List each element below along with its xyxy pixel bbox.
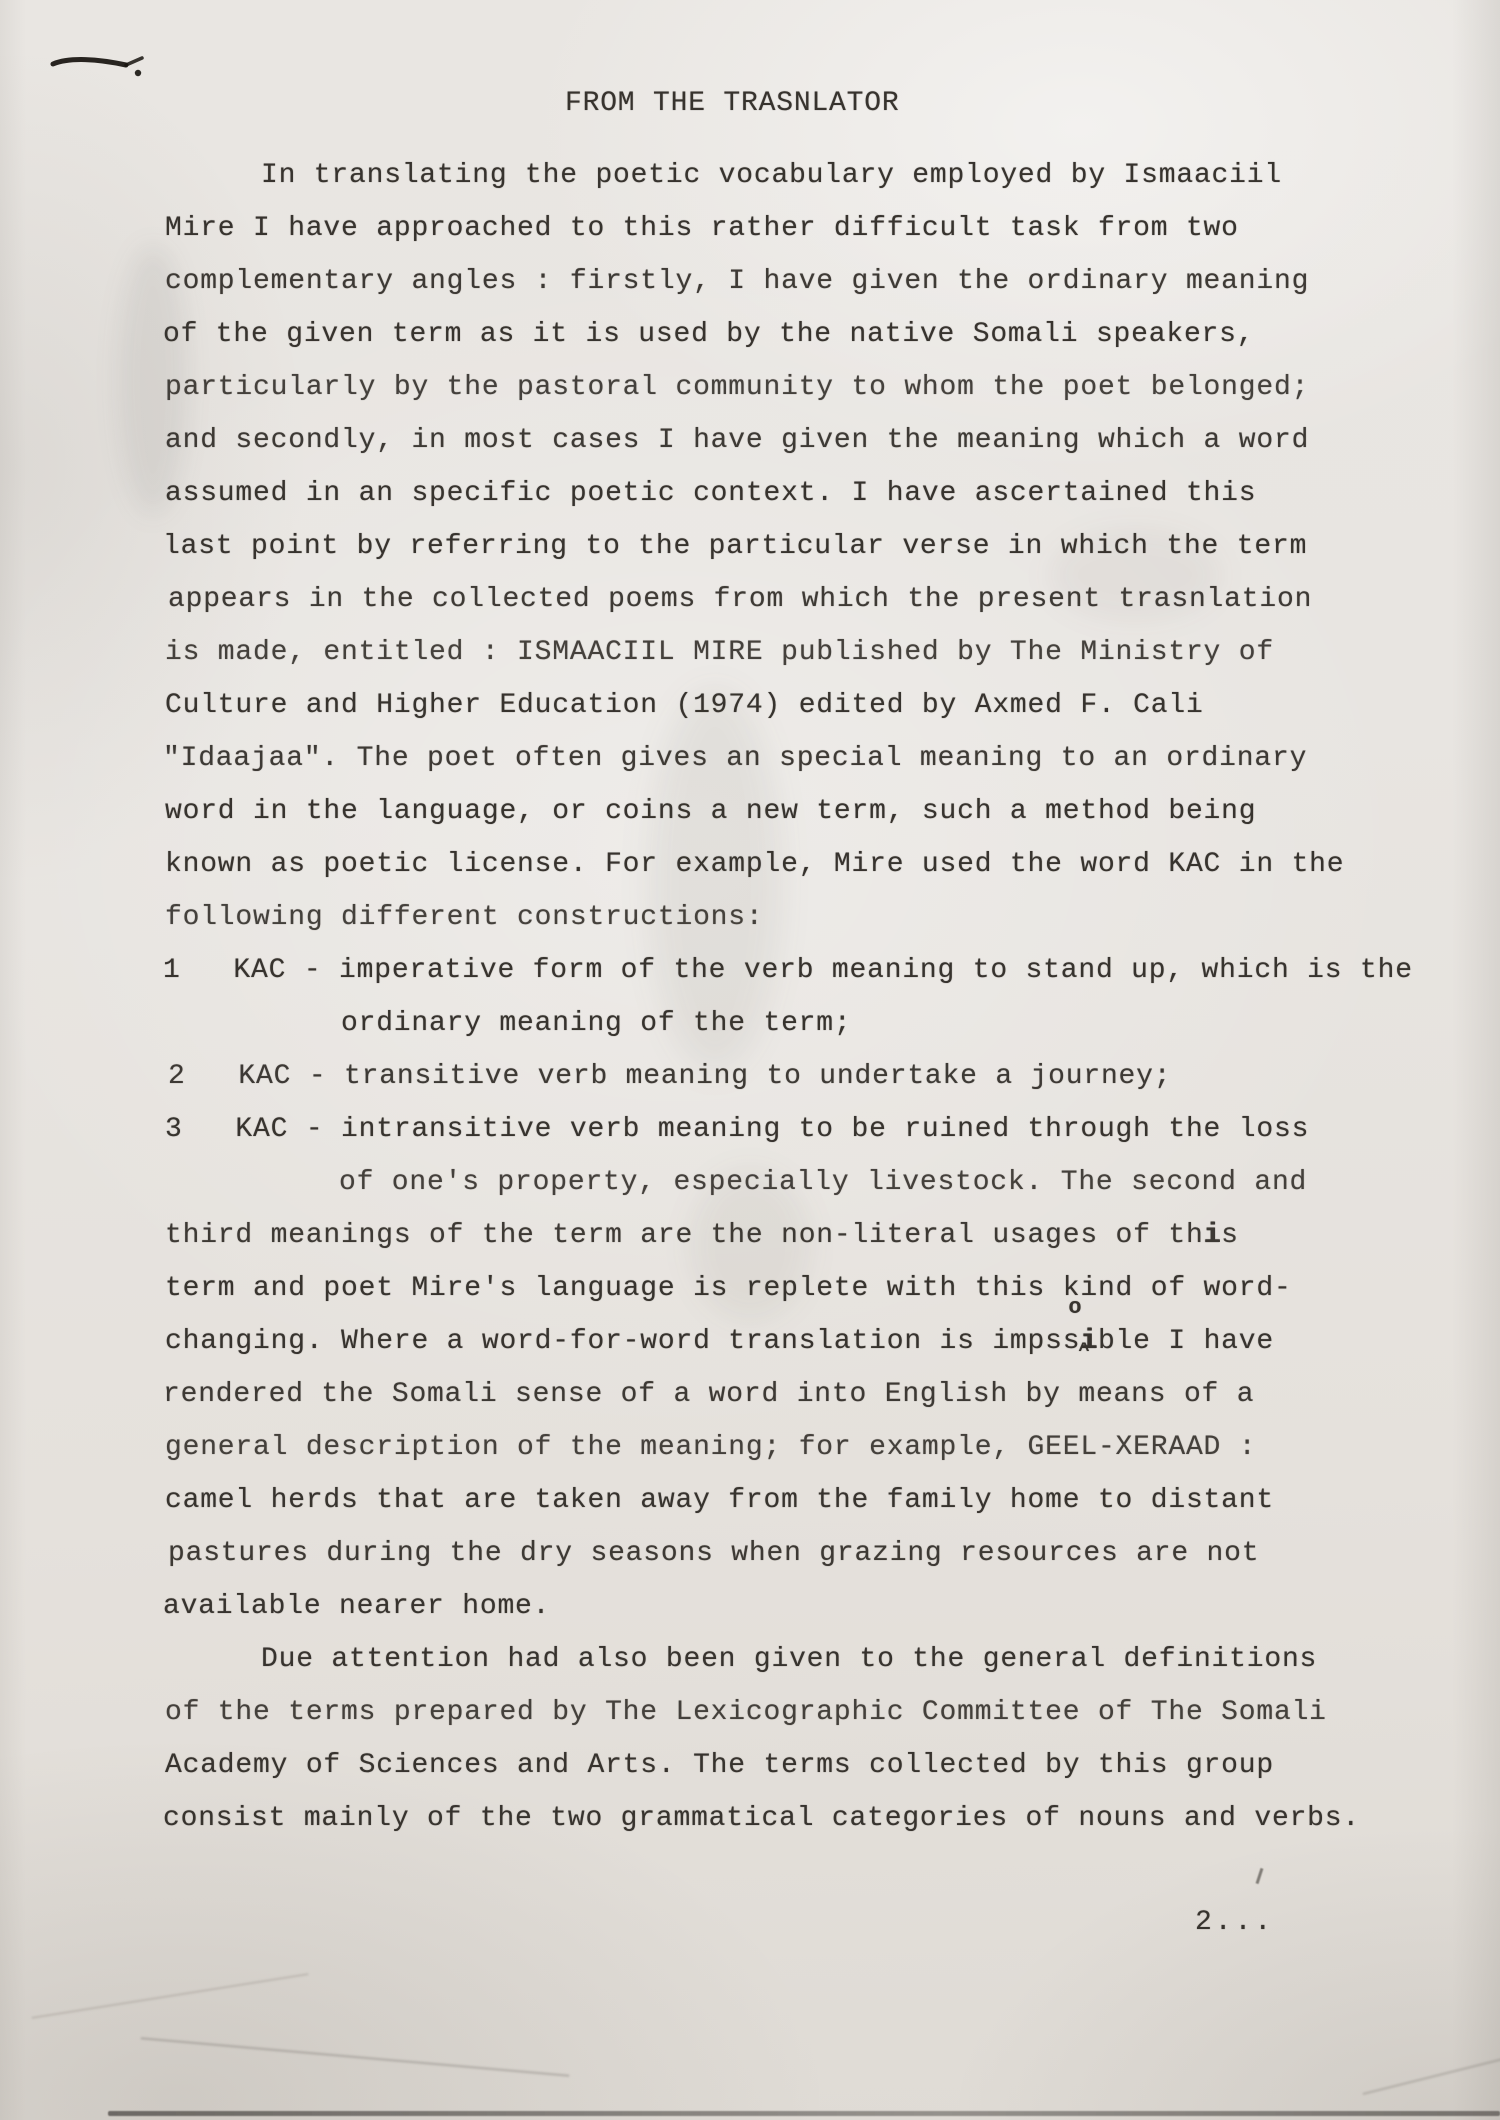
text-line: "Idaajaa". The poet often gives an speci…	[163, 732, 1463, 785]
text-line: of one's property, especially livestock.…	[163, 1156, 1463, 1209]
scan-right-shadow	[1452, 0, 1500, 2120]
paper-crease	[141, 2037, 570, 2076]
text-line: Mire I have approached to this rather di…	[165, 202, 1465, 255]
handwritten-pen-mark	[50, 42, 160, 106]
text-line: available nearer home.	[163, 1580, 1463, 1633]
text-line: Academy of Sciences and Arts. The terms …	[165, 1739, 1465, 1792]
text-line: of the terms prepared by The Lexicograph…	[165, 1686, 1465, 1739]
text-line: appears in the collected poems from whic…	[168, 573, 1468, 626]
scan-bottom-edge	[108, 2111, 1500, 2116]
text-line: consist mainly of the two grammatical ca…	[163, 1792, 1463, 1845]
scanned-document-page: FROM THE TRASNLATOR In translating the p…	[0, 0, 1500, 2120]
text-line: of the given term as it is used by the n…	[163, 308, 1463, 361]
text-line: 2 KAC - transitive verb meaning to under…	[168, 1050, 1468, 1103]
overtyped-character: io^	[1080, 1315, 1098, 1368]
text-line: assumed in an specific poetic context. I…	[165, 467, 1465, 520]
text-line: term and poet Mire's language is replete…	[165, 1262, 1465, 1315]
page-number: 2...	[1195, 1903, 1274, 1943]
overtyped-character: i	[1204, 1209, 1222, 1262]
insertion-correction: o	[1068, 1298, 1081, 1318]
text-line: In translating the poetic vocabulary emp…	[165, 149, 1465, 202]
scan-left-shadow	[0, 0, 26, 2120]
insertion-caret: ^	[1078, 1342, 1089, 1360]
text-line: Culture and Higher Education (1974) edit…	[165, 679, 1465, 732]
text-line: known as poetic license. For example, Mi…	[165, 838, 1465, 891]
text-line: 3 KAC - intransitive verb meaning to be …	[165, 1103, 1465, 1156]
paper-crease	[32, 1973, 309, 2019]
text-line: third meanings of the term are the non-l…	[165, 1209, 1465, 1262]
text-line: pastures during the dry seasons when gra…	[168, 1527, 1468, 1580]
text-line: particularly by the pastoral community t…	[165, 361, 1465, 414]
text-line: and secondly, in most cases I have given…	[165, 414, 1465, 467]
text-line: camel herds that are taken away from the…	[165, 1474, 1465, 1527]
pen-tick-mark	[1256, 1868, 1264, 1884]
text-line: last point by referring to the particula…	[163, 520, 1463, 573]
text-line: complementary angles : firstly, I have g…	[165, 255, 1465, 308]
text-line: ordinary meaning of the term;	[165, 997, 1465, 1050]
text-line: following different constructions:	[165, 891, 1465, 944]
text-line: changing. Where a word-for-word translat…	[165, 1315, 1465, 1368]
document-body-text: In translating the poetic vocabulary emp…	[165, 149, 1465, 1845]
text-line: general description of the meaning; for …	[165, 1421, 1465, 1474]
text-line: Due attention had also been given to the…	[165, 1633, 1465, 1686]
text-line: is made, entitled : ISMAACIIL MIRE publi…	[165, 626, 1465, 679]
text-line: 1 KAC - imperative form of the verb mean…	[163, 944, 1463, 997]
text-line: word in the language, or coins a new ter…	[165, 785, 1465, 838]
page-title: FROM THE TRASNLATOR	[565, 77, 899, 130]
text-line: rendered the Somali sense of a word into…	[163, 1368, 1463, 1421]
